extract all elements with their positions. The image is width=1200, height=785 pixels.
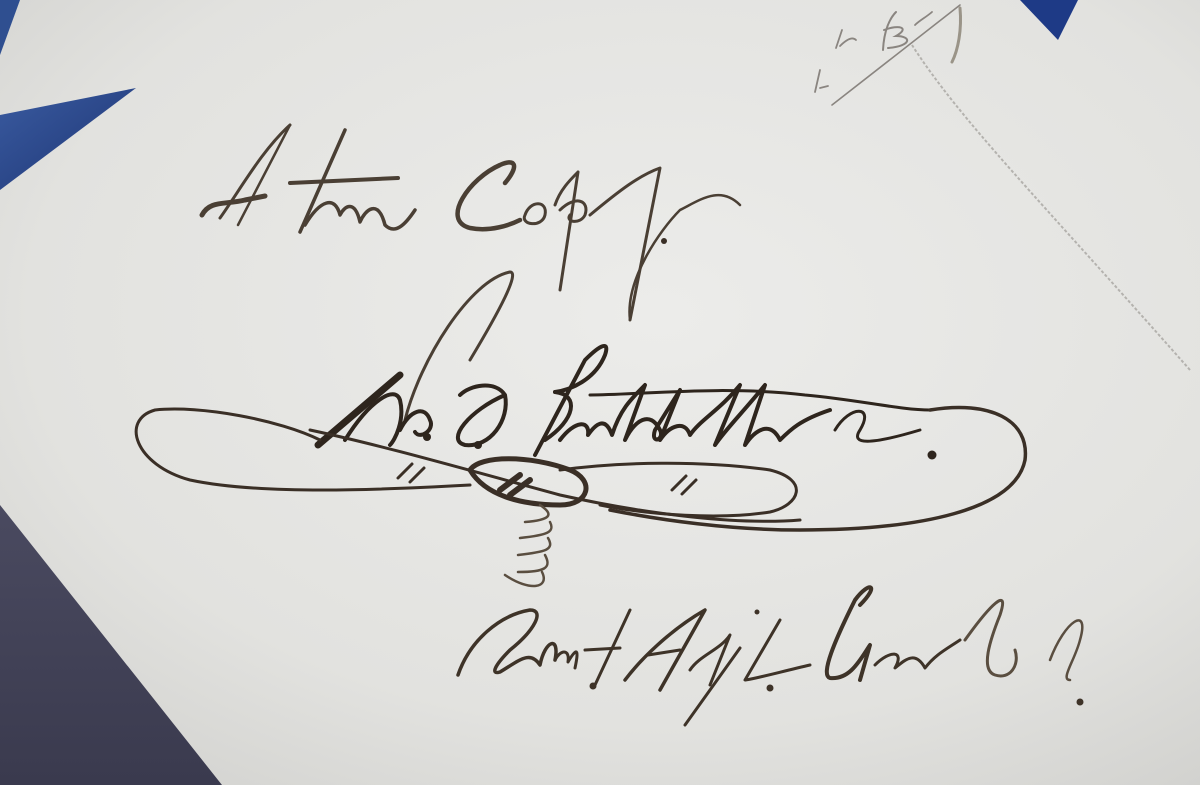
paper-sheet: [0, 0, 1200, 785]
document-illustration: [0, 0, 1200, 785]
document-photo: 4th Brig A true Copy. Jno. D. Bertolette…: [0, 0, 1200, 785]
